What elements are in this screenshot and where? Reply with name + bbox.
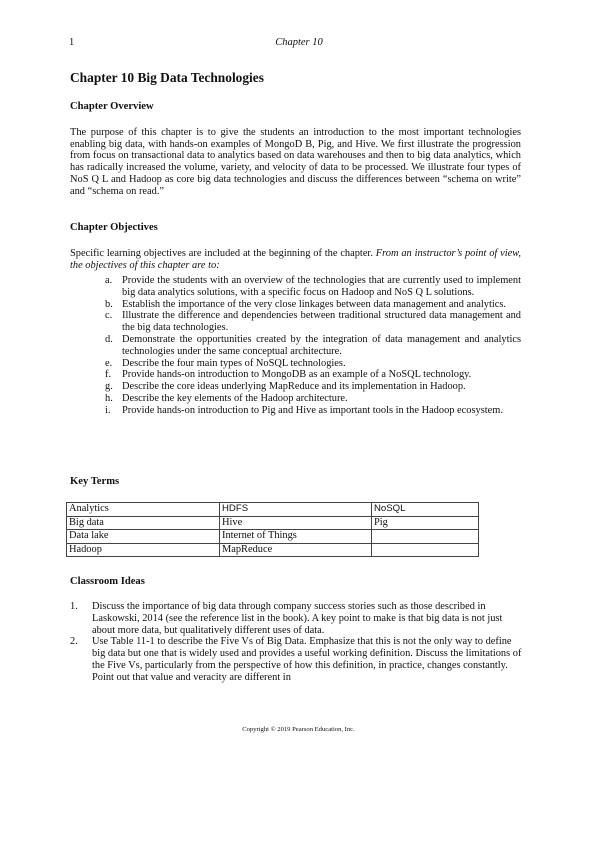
objectives-heading: Chapter Objectives: [70, 222, 158, 233]
table-cell: Hadoop: [67, 543, 220, 557]
table-row: Data lake Internet of Things: [67, 530, 479, 544]
classroom-ideas-heading: Classroom Ideas: [70, 576, 145, 587]
objectives-list: a.Provide the students with an overview …: [70, 275, 521, 417]
table-cell: Big data: [67, 516, 220, 530]
objectives-intro-plain: Specific learning objectives are include…: [70, 248, 376, 259]
table-cell: Hive: [220, 516, 372, 530]
list-item: h.Describe the key elements of the Hadoo…: [70, 393, 521, 405]
table-cell: MapReduce: [220, 543, 372, 557]
table-cell: Data lake: [67, 530, 220, 544]
table-cell: Analytics: [67, 503, 220, 517]
chapter-title: Chapter 10 Big Data Technologies: [70, 70, 264, 86]
table-cell: Pig: [372, 516, 479, 530]
running-head: Chapter 10: [0, 37, 595, 48]
copyright-footer: Copyright © 2019 Pearson Education, Inc.: [0, 726, 595, 733]
list-item: e.Describe the four main types of NoSQL …: [70, 358, 521, 370]
table-row: Big data Hive Pig: [67, 516, 479, 530]
key-terms-table: Analytics HDFS NoSQL Big data Hive Pig D…: [66, 502, 479, 557]
list-item: 1.Discuss the importance of big data thr…: [70, 601, 522, 636]
table-cell: Internet of Things: [220, 530, 372, 544]
table-cell: [372, 543, 479, 557]
list-item: 2.Use Table 11-1 to describe the Five Vs…: [70, 636, 522, 683]
list-item: a.Provide the students with an overview …: [70, 275, 521, 299]
list-item: g.Describe the core ideas underlying Map…: [70, 381, 521, 393]
table-row: Hadoop MapReduce: [67, 543, 479, 557]
list-item: d.Demonstrate the opportunities created …: [70, 334, 521, 358]
overview-heading: Chapter Overview: [70, 101, 154, 112]
list-item: c.Illustrate the difference and dependen…: [70, 310, 521, 334]
table-cell: [372, 530, 479, 544]
list-item: i.Provide hands-on introduction to Pig a…: [70, 405, 521, 417]
classroom-ideas-list: 1.Discuss the importance of big data thr…: [70, 601, 522, 684]
overview-paragraph: The purpose of this chapter is to give t…: [70, 127, 521, 197]
objectives-intro: Specific learning objectives are include…: [70, 248, 521, 271]
list-item: b.Establish the importance of the very c…: [70, 299, 521, 311]
key-terms-heading: Key Terms: [70, 476, 119, 487]
list-item: f.Provide hands-on introduction to Mongo…: [70, 369, 521, 381]
table-row: Analytics HDFS NoSQL: [67, 503, 479, 517]
table-cell: HDFS: [220, 503, 372, 517]
table-cell: NoSQL: [372, 503, 479, 517]
